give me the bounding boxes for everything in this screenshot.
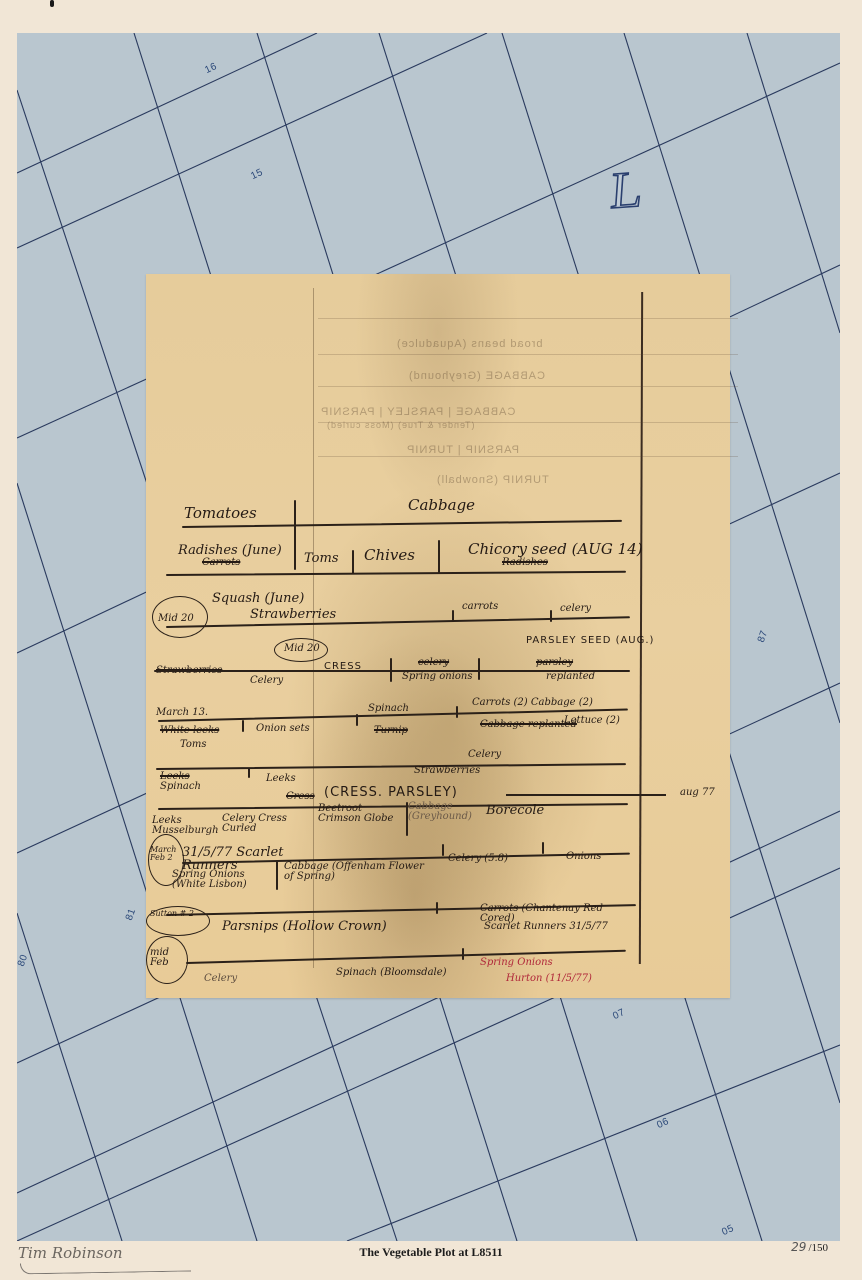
column-divider — [462, 948, 464, 960]
column-divider — [248, 768, 250, 778]
column-divider — [406, 802, 408, 836]
entry-date-sutton2: Sutton # 2 — [150, 910, 204, 918]
entry-struck-cress: Cress — [286, 792, 315, 802]
entry-struck-parsley: parsley — [536, 658, 573, 668]
edition-total: /150 — [808, 1242, 828, 1254]
registration-mark — [50, 0, 54, 7]
edition-copy-number: 29 — [791, 1240, 806, 1254]
entry-strawberries: Strawberries — [250, 608, 336, 621]
entry-chicory-seed: Chicory seed (AUG 14) — [468, 542, 643, 557]
entry-parsnips: Parsnips (Hollow Crown) — [222, 920, 387, 933]
column-divider — [436, 902, 438, 914]
entry-toms-b: Toms — [180, 740, 207, 750]
entry-date-march13: March 13. — [156, 708, 208, 718]
ghost-text: (Tender & True) (Moss curled) — [326, 420, 475, 430]
row-divider — [186, 950, 626, 964]
entry-chives: Chives — [364, 548, 415, 563]
entry-leeks: Leeks — [266, 774, 296, 784]
entry-red-spring-onions: Spring Onions — [480, 958, 553, 968]
column-divider — [452, 610, 454, 622]
entry-onion-sets: Onion sets — [256, 724, 310, 734]
annotation-aug77: aug 77 — [680, 788, 715, 798]
column-divider — [276, 860, 278, 890]
entry-cabbage-offenham: Cabbage (Offenham Flower of Spring) — [284, 862, 424, 882]
entry-spinach: Spinach — [368, 704, 409, 714]
entry-parsley-seed: PARSLEY SEED (AUG.) — [526, 636, 654, 646]
column-divider — [356, 714, 358, 726]
column-divider — [442, 844, 444, 856]
faint-rule — [318, 318, 738, 319]
arrow-line — [506, 794, 666, 796]
entry-spinach-bloomsdale: Spinach (Bloomsdale) — [336, 968, 447, 978]
entry-celery: celery — [560, 604, 591, 614]
entry-struck-turnip: Turnip — [374, 726, 408, 736]
signature-flourish — [20, 1261, 191, 1275]
column-divider — [478, 658, 480, 680]
entry-radishes: Radishes (June) — [178, 544, 282, 557]
entry-celery-c: Celery — [468, 750, 501, 760]
entry-spinach-b: Spinach — [160, 782, 201, 792]
column-divider — [390, 658, 392, 682]
entry-leeks-musselburgh: Leeks Musselburgh — [152, 816, 222, 836]
ghost-text: broad beans (Aquadulce) — [396, 338, 543, 350]
column-divider — [294, 500, 296, 570]
column-divider — [550, 610, 552, 622]
entry-celery-b: Celery — [250, 676, 283, 686]
handwritten-note: broad beans (Aquadulce) CABBAGE (Greyhou… — [146, 274, 730, 998]
entry-tomatoes: Tomatoes — [184, 506, 257, 521]
column-divider — [456, 706, 458, 718]
column-divider — [242, 720, 244, 732]
print-title: The Vegetable Plot at L8511 — [0, 1245, 862, 1260]
entry-struck-carrots: Carrots — [202, 558, 240, 568]
ghost-text: CABBAGE (Greyhound) — [408, 370, 545, 382]
entry-scarlet-runners-b: Scarlet Runners 31/5/77 — [484, 922, 608, 932]
entry-carrots: carrots — [462, 602, 498, 612]
entry-struck-celery: celery — [418, 658, 449, 668]
entry-replanted: replanted — [546, 672, 595, 682]
entry-red-hurton: Hurton (11/5/77) — [506, 974, 592, 984]
entry-squash: Squash (June) — [212, 592, 304, 605]
edition-number: 29/150 — [791, 1240, 828, 1254]
entry-strawberries-b: Strawberries — [414, 766, 480, 776]
row-divider — [156, 763, 626, 770]
entry-cabbage: Cabbage — [408, 498, 475, 513]
entry-toms: Toms — [304, 552, 339, 565]
row-divider — [154, 670, 630, 672]
entry-spring-onions-white-lisbon: Spring Onions (White Lisbon) — [172, 870, 272, 890]
entry-carrots-cabbage: Carrots (2) Cabbage (2) — [472, 698, 593, 708]
ghost-text: CABBAGE | PARSLEY | PARSNIP — [320, 406, 515, 418]
entry-date-mid-feb: mid Feb — [150, 948, 180, 968]
entry-date-march-feb2: March Feb 2 — [150, 846, 180, 862]
entry-onions: Onions — [566, 852, 601, 862]
entry-celery-58: Celery (5.8) — [448, 854, 508, 864]
entry-struck-radishes: Radishes — [502, 558, 548, 568]
ghost-text: TURNIP (Snowball) — [436, 474, 549, 486]
entry-cress-parsley: (CRESS. PARSLEY) — [324, 786, 458, 799]
row-divider — [166, 616, 630, 628]
column-divider — [352, 550, 354, 574]
column-divider — [438, 540, 440, 574]
entry-cabbage-replanted: Cabbage replanted — [480, 720, 577, 730]
ghost-text: PARSNIP | TURNIP — [406, 444, 519, 456]
column-divider — [542, 842, 544, 854]
grid-square-letter: L — [609, 160, 645, 221]
entry-celery-cress: Celery Cress Curled — [222, 814, 302, 834]
entry-struck-white-leeks: White leeks — [160, 726, 219, 736]
entry-cabbage-greyhound: Cabbage (Greyhound) — [408, 802, 478, 822]
entry-spring-onions: Spring onions — [402, 672, 473, 682]
faint-rule — [318, 386, 738, 387]
faint-rule — [318, 456, 738, 457]
entry-celery-d: Celery — [204, 974, 237, 984]
entry-borecole: Borecole — [486, 804, 544, 817]
entry-date-mid20: Mid 20 — [158, 614, 194, 624]
right-margin-rule — [639, 292, 643, 964]
faint-rule — [318, 354, 738, 355]
entry-beetroot: Beetroot Crimson Globe — [318, 804, 398, 824]
entry-date-mid20b: Mid 20 — [284, 644, 320, 654]
row-divider — [166, 571, 626, 576]
